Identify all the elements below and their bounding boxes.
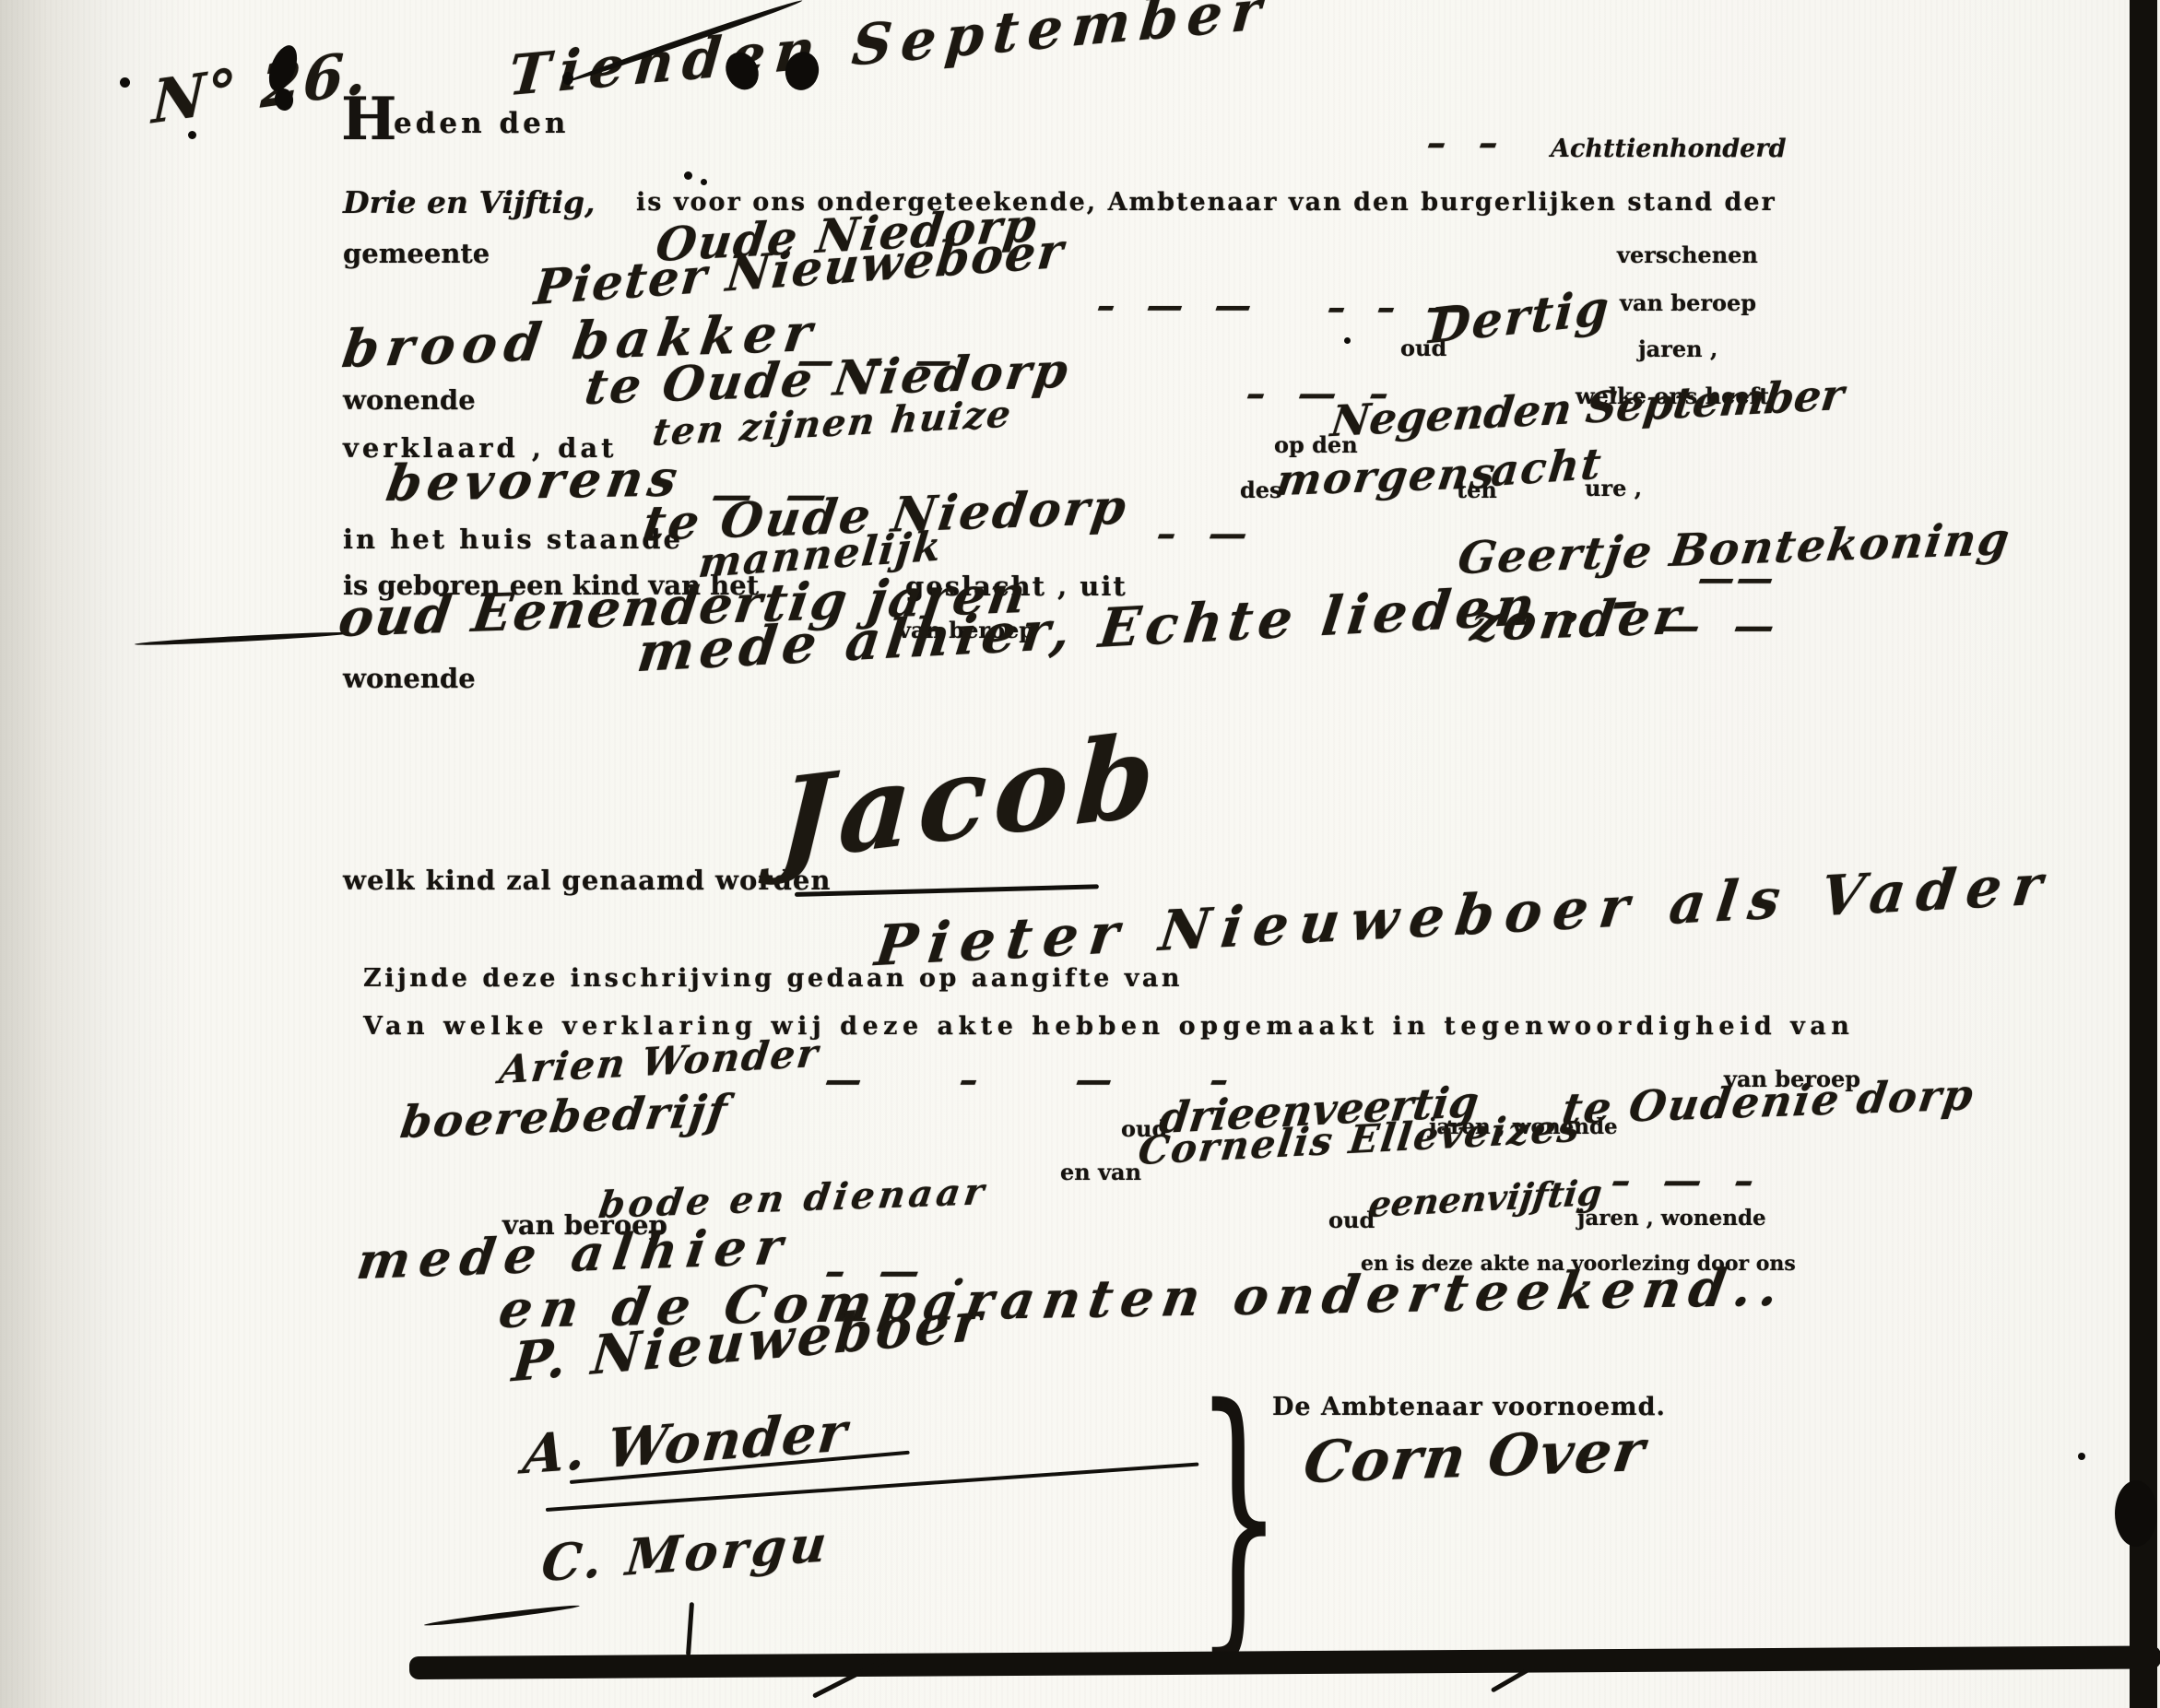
ink-stroke-lead-flourish [135, 630, 351, 647]
scan-border-blob [2115, 1480, 2157, 1547]
printed-in-het-huis: in het huis staande [343, 524, 683, 555]
ink-blot [1344, 337, 1351, 344]
printed-jaren-wonende-2: jaren , wonende [1577, 1206, 1766, 1231]
hw-dash-after-date: – – [1423, 120, 1505, 165]
separator-bar [409, 1645, 2160, 1679]
hw-dash-1: – — — [1093, 284, 1257, 327]
printed-ure: ure , [1585, 475, 1642, 501]
ink-blot [120, 77, 130, 88]
printed-jaren-1: jaren , [1638, 336, 1717, 362]
signature-official: Corn Over [1300, 1417, 1650, 1496]
child-name-underline [795, 884, 1099, 897]
printed-ambtenaar-label: De Ambtenaar voornoemd. [1272, 1393, 1666, 1421]
printed-verschenen: verschenen [1617, 241, 1758, 268]
hw-informant: Pieter Nieuweboer als Vader [872, 853, 2057, 979]
printed-en-van: en van [1060, 1159, 1141, 1185]
ink-blot [684, 171, 692, 180]
printed-wonende-2: wonende [343, 663, 476, 694]
hw-registration-date: Tienden September [506, 0, 1272, 109]
hw-dash-6: – — [1153, 511, 1254, 556]
ink-blot [2078, 1453, 2085, 1460]
hw-dash-8: — — [1656, 603, 1781, 650]
hw-dash-7: —— [1694, 557, 1779, 600]
brace-mark: } [1195, 1379, 1282, 1652]
hw-bevorens: bevorens [383, 448, 687, 512]
ink-stroke-above-bar [424, 1603, 580, 1628]
hw-birth-date: Negenden September [1328, 370, 1847, 447]
scan-border-right [2130, 0, 2157, 1708]
ink-blot [562, 72, 573, 85]
signature-witness2: C. Morgu [539, 1514, 833, 1593]
hw-witness1-occupation: boerebedrijf [397, 1085, 732, 1148]
printed-gemeente-label: gemeente [343, 238, 490, 269]
record-number: N° 26. [151, 38, 369, 138]
printed-van-beroep-1: van beroep [1620, 289, 1756, 316]
birth-record-page: N° 26. H eden den Tienden September – – … [0, 0, 2160, 1708]
printed-wonende-1: wonende [343, 384, 476, 416]
printed-heden-den: eden den [394, 107, 569, 140]
hw-child-name: Jacob [775, 706, 1164, 888]
printed-welk-kind-clause: welk kind zal genaamd worden [343, 865, 831, 896]
hw-witness1-residence: te Oudenie dorp [1559, 1069, 1977, 1134]
printed-van-welke-clause: Van welke verklaring wij deze akte hebbe… [363, 1012, 1854, 1041]
ink-blot [188, 131, 196, 139]
printed-heden-initial: H [341, 85, 396, 154]
printed-year-achttienhonderd: Achttienhonderd [1551, 135, 1786, 163]
ink-blot [701, 179, 707, 185]
printed-year-drieenvijftig: Drie en Vijftig, [343, 184, 596, 220]
ink-stroke-vertical [686, 1602, 694, 1655]
hw-witness2-age: eenenvijftig [1366, 1172, 1604, 1226]
hw-dash-10: – — – [1608, 1158, 1760, 1203]
